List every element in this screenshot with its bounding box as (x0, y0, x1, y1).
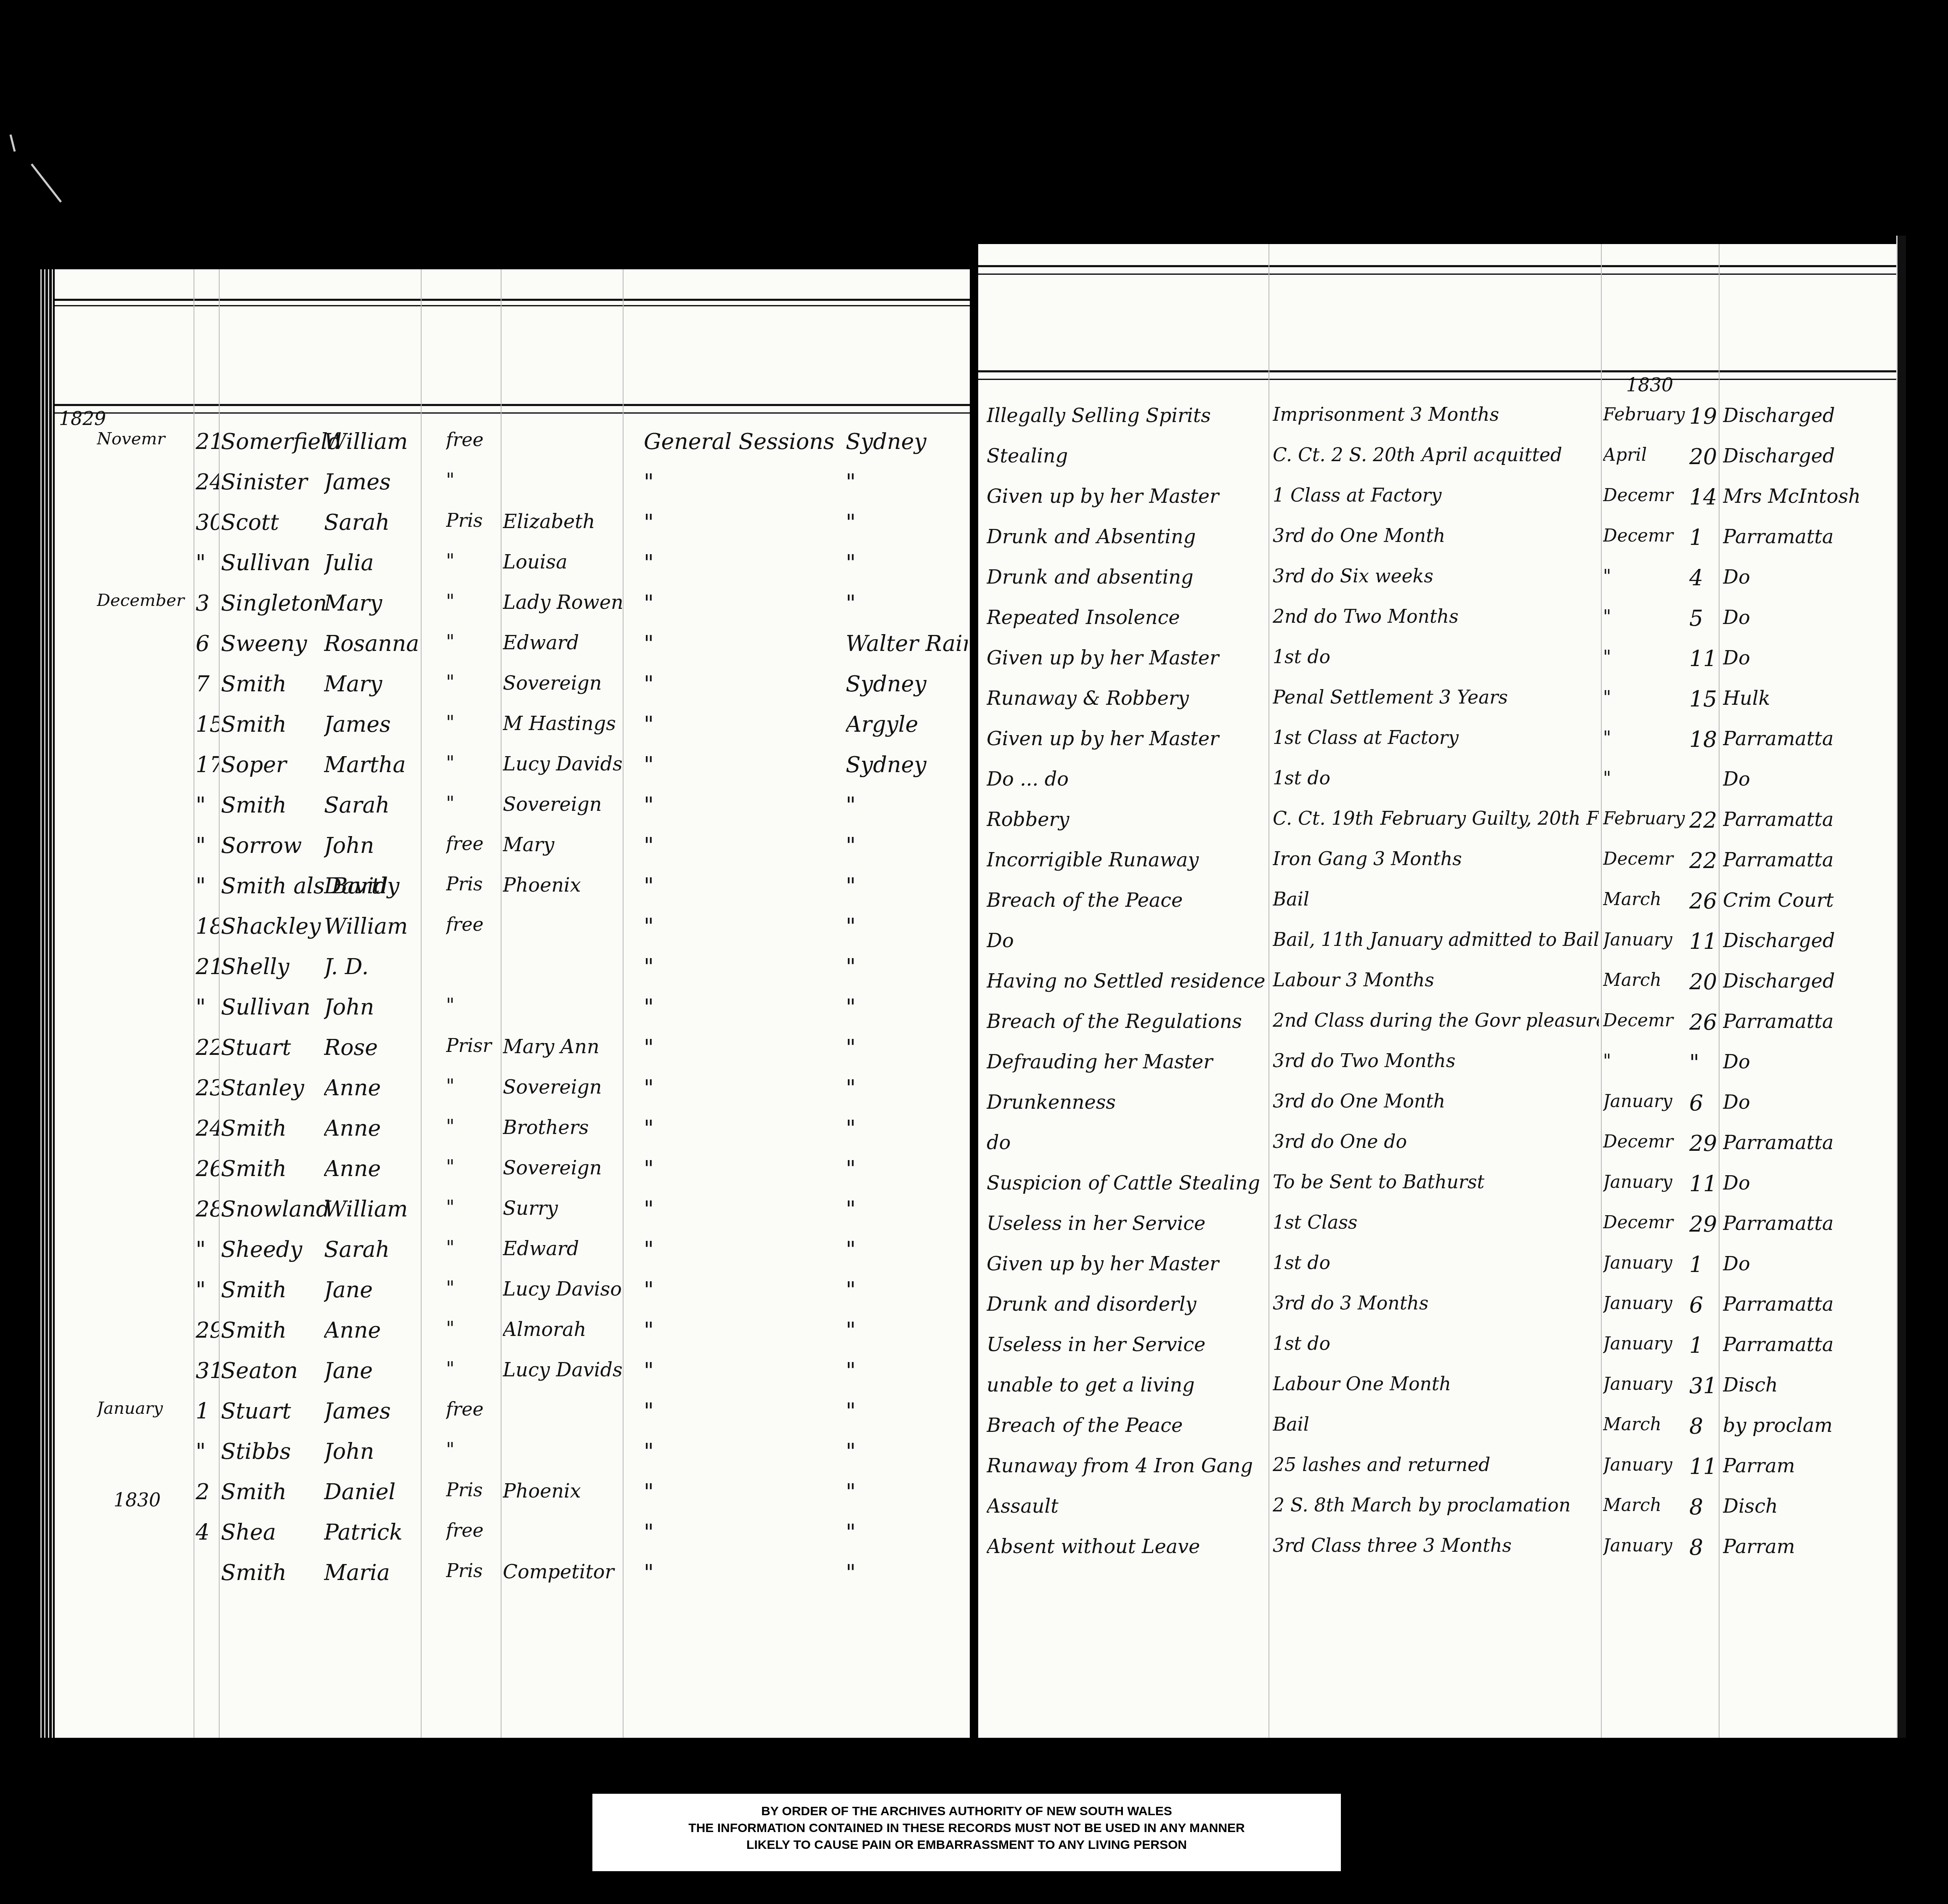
ledger-row: DoBail, 11th January admitted to BailJan… (978, 921, 1898, 961)
notice-line: BY ORDER OF THE ARCHIVES AUTHORITY OF NE… (592, 1803, 1341, 1820)
header-rule (978, 265, 1898, 267)
day-cell: 22 (1689, 848, 1719, 874)
place-cell: " (846, 1075, 968, 1101)
left-page: 1829 1830 Novemr21SomerfieldWilliamfreeG… (55, 269, 970, 1738)
court-cell: " (644, 833, 841, 858)
day-cell: 20 (1689, 969, 1719, 995)
place-cell: " (846, 1399, 968, 1424)
month-cell: January (1603, 1454, 1687, 1475)
ship-cell: Almorah (503, 1318, 623, 1341)
given-name-cell: Julia (324, 550, 442, 576)
given-name-cell: William (324, 914, 442, 939)
place-cell: " (846, 1237, 968, 1262)
day-cell: 11 (1689, 1454, 1719, 1479)
day-cell: 23 (196, 1075, 219, 1101)
given-name-cell: David (324, 874, 442, 899)
ship-cell: Brothers (503, 1116, 623, 1139)
given-name-cell: John (324, 995, 442, 1020)
day-cell: 1 (1689, 1333, 1719, 1358)
disposal-cell: Hulk (1723, 687, 1895, 709)
ledger-row: 21ShellyJ. D."" (55, 946, 970, 986)
day-cell: 4 (196, 1520, 219, 1545)
sentence-cell: 3rd do One Month (1273, 525, 1599, 547)
ship-cell: Lucy Davidson (503, 752, 623, 775)
ledger-row: Having no Settled residenceLabour 3 Mont… (978, 961, 1898, 1001)
court-cell: " (644, 1035, 841, 1060)
day-cell: 29 (196, 1318, 219, 1343)
given-name-cell: William (324, 429, 442, 454)
ledger-row: 4SheaPatrickfree"" (55, 1511, 970, 1552)
place-cell: Sydney (846, 752, 968, 778)
given-name-cell: James (324, 470, 442, 495)
court-cell: " (644, 510, 841, 535)
disposal-cell: Parram (1723, 1454, 1895, 1477)
court-cell: " (644, 1399, 841, 1424)
ledger-row: 31SeatonJane"Lucy Davidson"" (55, 1350, 970, 1390)
offence-cell: Drunk and absenting (987, 566, 1266, 588)
book-edge-right (1896, 236, 1906, 1738)
day-cell: 6 (196, 631, 219, 656)
ship-cell: Sovereign (503, 672, 623, 694)
day-cell: 11 (1689, 1171, 1719, 1197)
day-cell: " (196, 793, 219, 818)
given-name-cell: Mary (324, 672, 442, 697)
notice-line: THE INFORMATION CONTAINED IN THESE RECOR… (592, 1820, 1341, 1837)
ledger-row: 7SmithMary"Sovereign"Sydney (55, 663, 970, 704)
day-cell: 29 (1689, 1212, 1719, 1237)
court-cell: " (644, 550, 841, 576)
notice-line: LIKELY TO CAUSE PAIN OR EMBARRASSMENT TO… (592, 1837, 1341, 1854)
day-cell: 24 (196, 1116, 219, 1141)
day-cell: 22 (196, 1035, 219, 1060)
court-cell: " (644, 631, 841, 656)
status-cell: " (446, 1156, 501, 1178)
day-cell: 24 (196, 470, 219, 495)
offence-cell: Defrauding her Master (987, 1050, 1266, 1073)
sentence-cell: 2nd do Two Months (1273, 606, 1599, 627)
place-cell: " (846, 1277, 968, 1303)
given-name-cell: Anne (324, 1318, 442, 1343)
offence-cell: Do ... do (987, 767, 1266, 790)
status-cell: " (446, 470, 501, 491)
status-cell: " (446, 1277, 501, 1299)
ledger-row: Breach of the PeaceBailMarch26Crim Court (978, 880, 1898, 921)
ship-cell: Edward (503, 1237, 623, 1260)
sentence-cell: Bail, 11th January admitted to Bail (1273, 929, 1599, 951)
book-edge-left (38, 269, 55, 1738)
day-cell: 8 (1689, 1535, 1719, 1560)
ledger-row: Useless in her Service1st doJanuary1Parr… (978, 1325, 1898, 1365)
day-cell: 15 (1689, 687, 1719, 712)
disposal-cell: Do (1723, 1050, 1895, 1073)
month-cell: Decemr (1603, 525, 1687, 546)
right-page: 1830 Illegally Selling SpiritsImprisonme… (978, 244, 1898, 1738)
offence-cell: Given up by her Master (987, 1252, 1266, 1275)
month-cell: " (1603, 727, 1687, 748)
place-cell: " (846, 591, 968, 616)
court-cell: " (644, 1075, 841, 1101)
ledger-row: Repeated Insolence2nd do Two Months"5Do (978, 597, 1898, 638)
status-cell: Pris (446, 1479, 501, 1501)
offence-cell: Breach of the Peace (987, 889, 1266, 911)
place-cell: " (846, 1197, 968, 1222)
sentence-cell: 1st Class at Factory (1273, 727, 1599, 749)
disposal-cell: Crim Court (1723, 889, 1895, 911)
ship-cell: Lucy Davidson (503, 1358, 623, 1381)
header-rule (55, 305, 970, 306)
ledger-row: 30ScottSarahPrisElizabeth"" (55, 502, 970, 542)
status-cell: " (446, 672, 501, 693)
court-cell: " (644, 591, 841, 616)
day-cell: 11 (1689, 929, 1719, 954)
film-scratch-mark (2, 126, 69, 210)
ship-cell: Lady Rowena (503, 591, 623, 613)
given-name-cell: Jane (324, 1358, 442, 1384)
month-cell: Decemr (1603, 1212, 1687, 1232)
given-name-cell: John (324, 833, 442, 858)
place-cell: " (846, 1560, 968, 1585)
day-cell: 2 (196, 1479, 219, 1505)
ledger-row: 29SmithAnne"Almorah"" (55, 1309, 970, 1350)
ship-cell: Elizabeth (503, 510, 623, 533)
place-cell: " (846, 1116, 968, 1141)
place-cell: Walter Rains (846, 631, 968, 656)
ledger-row: StealingC. Ct. 2 S. 20th April acquitted… (978, 436, 1898, 476)
ledger-row: Suspicion of Cattle StealingTo be Sent t… (978, 1163, 1898, 1203)
disposal-cell: Disch (1723, 1373, 1895, 1396)
month-cell: Decemr (1603, 1010, 1687, 1030)
month-cell: January (1603, 1333, 1687, 1354)
month-cell: " (1603, 646, 1687, 667)
day-cell: 31 (1689, 1373, 1719, 1399)
status-cell: " (446, 550, 501, 572)
given-name-cell: James (324, 1399, 442, 1424)
book-gutter (970, 236, 978, 1738)
ledger-row: 28SnowlandWilliam"Surry"" (55, 1188, 970, 1229)
ledger-row: 24SmithAnne"Brothers"" (55, 1107, 970, 1148)
sentence-cell: Bail (1273, 889, 1599, 910)
day-cell: 26 (196, 1156, 219, 1182)
given-name-cell: William (324, 1197, 442, 1222)
ledger-row: 18ShackleyWilliamfree"" (55, 906, 970, 946)
ledger-row: January1StuartJamesfree"" (55, 1390, 970, 1431)
sentence-cell: Imprisonment 3 Months (1273, 404, 1599, 425)
month-cell: March (1603, 889, 1687, 909)
offence-cell: Drunkenness (987, 1091, 1266, 1113)
sentence-cell: 1st do (1273, 646, 1599, 668)
ledger-row: unable to get a livingLabour One MonthJa… (978, 1365, 1898, 1405)
sentence-cell: 1st do (1273, 767, 1599, 789)
court-cell: " (644, 712, 841, 737)
status-cell: " (446, 1237, 501, 1259)
day-cell: 29 (1689, 1131, 1719, 1156)
status-cell: " (446, 793, 501, 814)
status-cell: free (446, 1399, 501, 1420)
day-cell: 31 (196, 1358, 219, 1384)
status-cell: " (446, 995, 501, 1016)
place-cell: " (846, 954, 968, 980)
sentence-cell: To be Sent to Bathurst (1273, 1171, 1599, 1193)
ledger-row: Drunk and Absenting3rd do One MonthDecem… (978, 517, 1898, 557)
ledger-row: Given up by her Master1st Class at Facto… (978, 719, 1898, 759)
day-cell: 19 (1689, 404, 1719, 429)
day-cell: 15 (196, 712, 219, 737)
status-cell: " (446, 1318, 501, 1339)
court-cell: " (644, 1520, 841, 1545)
given-name-cell: Martha (324, 752, 442, 778)
month-cell: March (1603, 1414, 1687, 1434)
sentence-cell: 3rd do Six weeks (1273, 566, 1599, 587)
given-name-cell: John (324, 1439, 442, 1464)
day-cell: 20 (1689, 444, 1719, 470)
place-cell: Sydney (846, 429, 968, 454)
place-cell: " (846, 793, 968, 818)
disposal-cell: Parramatta (1723, 1293, 1895, 1315)
status-cell: " (446, 1116, 501, 1137)
status-cell: free (446, 1520, 501, 1541)
ledger-row: RobberyC. Ct. 19th February Guilty, 20th… (978, 799, 1898, 840)
place-cell: " (846, 995, 968, 1020)
ship-cell: Edward (503, 631, 623, 654)
status-cell: " (446, 631, 501, 653)
place-cell: " (846, 1035, 968, 1060)
disposal-cell: Do (1723, 1091, 1895, 1113)
day-cell: 8 (1689, 1414, 1719, 1439)
day-cell: 21 (196, 429, 219, 454)
sentence-cell: 3rd do One do (1273, 1131, 1599, 1152)
sentence-cell: 1st do (1273, 1333, 1599, 1354)
court-cell: " (644, 1318, 841, 1343)
ledger-spread: 1829 1830 Novemr21SomerfieldWilliamfreeG… (38, 236, 1906, 1738)
given-name-cell: Mary (324, 591, 442, 616)
ledger-row: Assault2 S. 8th March by proclamationMar… (978, 1486, 1898, 1527)
offence-cell: Repeated Insolence (987, 606, 1266, 629)
court-cell: General Sessions (644, 429, 841, 454)
day-cell: 1 (196, 1399, 219, 1424)
ledger-row: Drunk and disorderly3rd do 3 MonthsJanua… (978, 1284, 1898, 1325)
sentence-cell: Iron Gang 3 Months (1273, 848, 1599, 870)
court-cell: " (644, 1439, 841, 1464)
ledger-row: "SullivanJulia"Louisa"" (55, 542, 970, 582)
court-cell: " (644, 1237, 841, 1262)
month-cell: March (1603, 1495, 1687, 1515)
status-cell: Pris (446, 1560, 501, 1582)
day-cell: " (196, 874, 219, 899)
status-cell: " (446, 1075, 501, 1097)
place-cell: " (846, 1156, 968, 1182)
day-cell: 17 (196, 752, 219, 778)
offence-cell: Assault (987, 1495, 1266, 1517)
sentence-cell: 1st Class (1273, 1212, 1599, 1233)
ledger-row: 17SoperMartha"Lucy Davidson"Sydney (55, 744, 970, 784)
day-cell: 18 (196, 914, 219, 939)
place-cell: Argyle (846, 712, 968, 737)
day-cell: 11 (1689, 646, 1719, 672)
place-cell: " (846, 1358, 968, 1384)
court-cell: " (644, 954, 841, 980)
ledger-row: Runaway & RobberyPenal Settlement 3 Year… (978, 678, 1898, 719)
ledger-row: Incorrigible RunawayIron Gang 3 MonthsDe… (978, 840, 1898, 880)
place-cell: " (846, 914, 968, 939)
disposal-cell: Parramatta (1723, 808, 1895, 831)
status-cell: free (446, 833, 501, 855)
status-cell: free (446, 914, 501, 935)
disposal-cell: Discharged (1723, 404, 1895, 427)
month-cell: December (97, 591, 191, 610)
disposal-cell: Do (1723, 1252, 1895, 1275)
offence-cell: Robbery (987, 808, 1266, 831)
status-cell: " (446, 1358, 501, 1380)
court-cell: " (644, 470, 841, 495)
day-cell: 18 (1689, 727, 1719, 752)
court-cell: " (644, 672, 841, 697)
month-cell: February (1603, 404, 1687, 425)
disposal-cell: Parramatta (1723, 525, 1895, 548)
court-cell: " (644, 752, 841, 778)
status-cell: " (446, 752, 501, 774)
ledger-row: December3SingletonMary"Lady Rowena"" (55, 582, 970, 623)
offence-cell: Having no Settled residence (987, 969, 1266, 992)
ledger-row: 22StuartRosePrisrMary Ann"" (55, 1027, 970, 1067)
ledger-row: Illegally Selling SpiritsImprisonment 3 … (978, 396, 1898, 436)
sentence-cell: 3rd do 3 Months (1273, 1293, 1599, 1314)
disposal-cell: Discharged (1723, 444, 1895, 467)
sentence-cell: 3rd do One Month (1273, 1091, 1599, 1112)
sentence-cell: Bail (1273, 1414, 1599, 1435)
ledger-row: Drunkenness3rd do One MonthJanuary6Do (978, 1082, 1898, 1123)
month-cell: January (1603, 1373, 1687, 1394)
ledger-row: Breach of the Regulations2nd Class durin… (978, 1001, 1898, 1042)
header-rule (978, 379, 1898, 380)
offence-cell: Absent without Leave (987, 1535, 1266, 1558)
month-cell: April (1603, 444, 1687, 465)
day-cell: 1 (1689, 1252, 1719, 1277)
court-cell: " (644, 1197, 841, 1222)
ledger-row: Breach of the PeaceBailMarch8by proclam (978, 1405, 1898, 1446)
month-cell: January (1603, 1252, 1687, 1273)
month-cell: " (1603, 767, 1687, 788)
place-cell: " (846, 550, 968, 576)
day-cell: 6 (1689, 1293, 1719, 1318)
month-cell: January (1603, 1535, 1687, 1556)
offence-cell: Illegally Selling Spirits (987, 404, 1266, 427)
ledger-row: do3rd do One doDecemr29Parramatta (978, 1123, 1898, 1163)
day-cell: " (196, 550, 219, 576)
ledger-row: "SorrowJohnfreeMary"" (55, 825, 970, 865)
day-cell: " (196, 833, 219, 858)
sentence-cell: 3rd Class three 3 Months (1273, 1535, 1599, 1556)
offence-cell: Breach of the Regulations (987, 1010, 1266, 1033)
given-name-cell: Maria (324, 1560, 442, 1585)
month-cell: " (1603, 566, 1687, 586)
ship-cell: Louisa (503, 550, 623, 573)
day-cell: 22 (1689, 808, 1719, 833)
month-cell: January (1603, 929, 1687, 950)
place-cell: " (846, 833, 968, 858)
header-rule (55, 412, 970, 414)
given-name-cell: James (324, 712, 442, 737)
sentence-cell: Labour 3 Months (1273, 969, 1599, 991)
month-cell: February (1603, 808, 1687, 829)
ship-cell: Phoenix (503, 874, 623, 896)
day-cell: 4 (1689, 566, 1719, 591)
offence-cell: Given up by her Master (987, 485, 1266, 507)
given-name-cell: Rosanna (324, 631, 442, 656)
day-cell: 28 (196, 1197, 219, 1222)
day-cell: 5 (1689, 606, 1719, 631)
disposal-cell: Parramatta (1723, 1010, 1895, 1033)
place-cell: " (846, 510, 968, 535)
ledger-row: Absent without Leave3rd Class three 3 Mo… (978, 1527, 1898, 1567)
disposal-cell: Parramatta (1723, 848, 1895, 871)
place-cell: " (846, 874, 968, 899)
status-cell: " (446, 712, 501, 733)
status-cell: " (446, 1197, 501, 1218)
ship-cell: Sovereign (503, 1075, 623, 1098)
given-name-cell: J. D. (324, 954, 442, 980)
disposal-cell: Parramatta (1723, 727, 1895, 750)
court-cell: " (644, 914, 841, 939)
ship-cell: Competitor (503, 1560, 623, 1583)
ledger-row: "StibbsJohn""" (55, 1431, 970, 1471)
month-cell: Decemr (1603, 848, 1687, 869)
offence-cell: unable to get a living (987, 1373, 1266, 1396)
day-cell: 6 (1689, 1091, 1719, 1116)
day-cell: 21 (196, 954, 219, 980)
court-cell: " (644, 1277, 841, 1303)
status-cell: Pris (446, 874, 501, 895)
ledger-row: Given up by her Master1 Class at Factory… (978, 476, 1898, 517)
header-rule (978, 274, 1898, 275)
day-cell: " (1689, 1050, 1719, 1075)
ledger-row: SmithMariaPrisCompetitor"" (55, 1552, 970, 1592)
day-cell: 1 (1689, 525, 1719, 550)
header-rule (55, 299, 970, 301)
ledger-row: "SmithSarah"Sovereign"" (55, 784, 970, 825)
offence-cell: Given up by her Master (987, 727, 1266, 750)
court-cell: " (644, 1479, 841, 1505)
ledger-row: Given up by her Master1st doJanuary1Do (978, 1244, 1898, 1284)
place-cell: " (846, 1479, 968, 1505)
ledger-row: Defrauding her Master3rd do Two Months""… (978, 1042, 1898, 1082)
day-cell: 3 (196, 591, 219, 616)
status-cell: Prisr (446, 1035, 501, 1057)
ship-cell: Sovereign (503, 793, 623, 815)
ledger-row: Novemr21SomerfieldWilliamfreeGeneral Ses… (55, 421, 970, 461)
month-cell: January (1603, 1171, 1687, 1192)
day-cell: " (196, 1237, 219, 1262)
day-cell: " (196, 1277, 219, 1303)
disposal-cell: Parram (1723, 1535, 1895, 1558)
sentence-cell: Labour One Month (1273, 1373, 1599, 1395)
ledger-row: Drunk and absenting3rd do Six weeks"4Do (978, 557, 1898, 597)
place-cell: Sydney (846, 672, 968, 697)
sentence-cell: 1st do (1273, 1252, 1599, 1274)
given-name-cell: Sarah (324, 510, 442, 535)
sentence-cell: 2nd Class during the Govr pleasure (1273, 1010, 1599, 1031)
ledger-row: 2SmithDanielPrisPhoenix"" (55, 1471, 970, 1511)
court-cell: " (644, 995, 841, 1020)
status-cell: " (446, 1439, 501, 1461)
offence-cell: Runaway from 4 Iron Gang (987, 1454, 1266, 1477)
ledger-row: 24SinisterJames""" (55, 461, 970, 502)
header-rule (55, 404, 970, 406)
month-cell: " (1603, 1050, 1687, 1071)
archives-notice: BY ORDER OF THE ARCHIVES AUTHORITY OF NE… (591, 1792, 1342, 1872)
disposal-cell: Do (1723, 767, 1895, 790)
day-cell: " (196, 995, 219, 1020)
place-cell: " (846, 470, 968, 495)
